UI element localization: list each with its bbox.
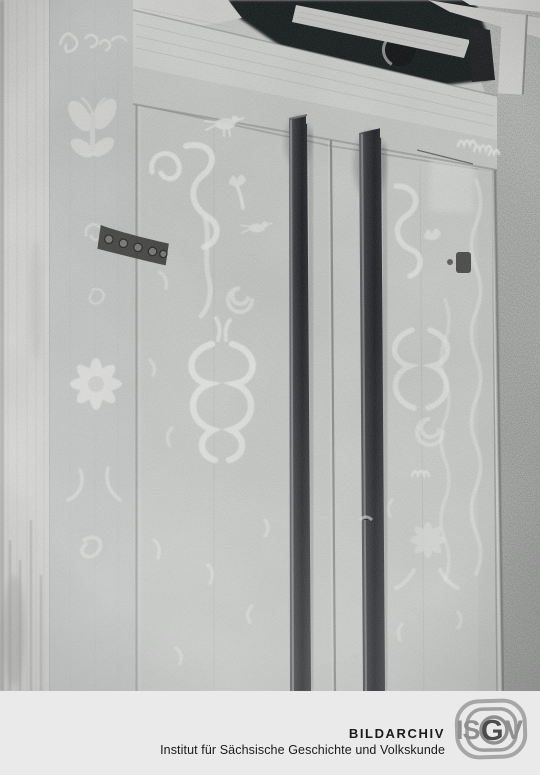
isgv-logo-graphic: IS G V [453,696,529,762]
isgv-logo: IS G V [453,696,529,762]
wardrobe-photo-illustration [0,0,540,691]
logo-letters-is: IS [456,715,480,745]
archive-footer: BILDARCHIV Institut für Sächsische Gesch… [0,691,540,775]
archive-photograph [0,0,540,691]
archive-name-label: BILDARCHIV [160,725,445,742]
archive-image-page: BILDARCHIV Institut für Sächsische Gesch… [0,0,540,775]
caption: BILDARCHIV Institut für Sächsische Gesch… [160,725,445,758]
logo-letter-v: V [505,715,523,745]
institute-name-label: Institut für Sächsische Geschichte und V… [160,742,445,758]
logo-letter-g: G [481,715,503,747]
vignette-overlay [0,0,540,691]
